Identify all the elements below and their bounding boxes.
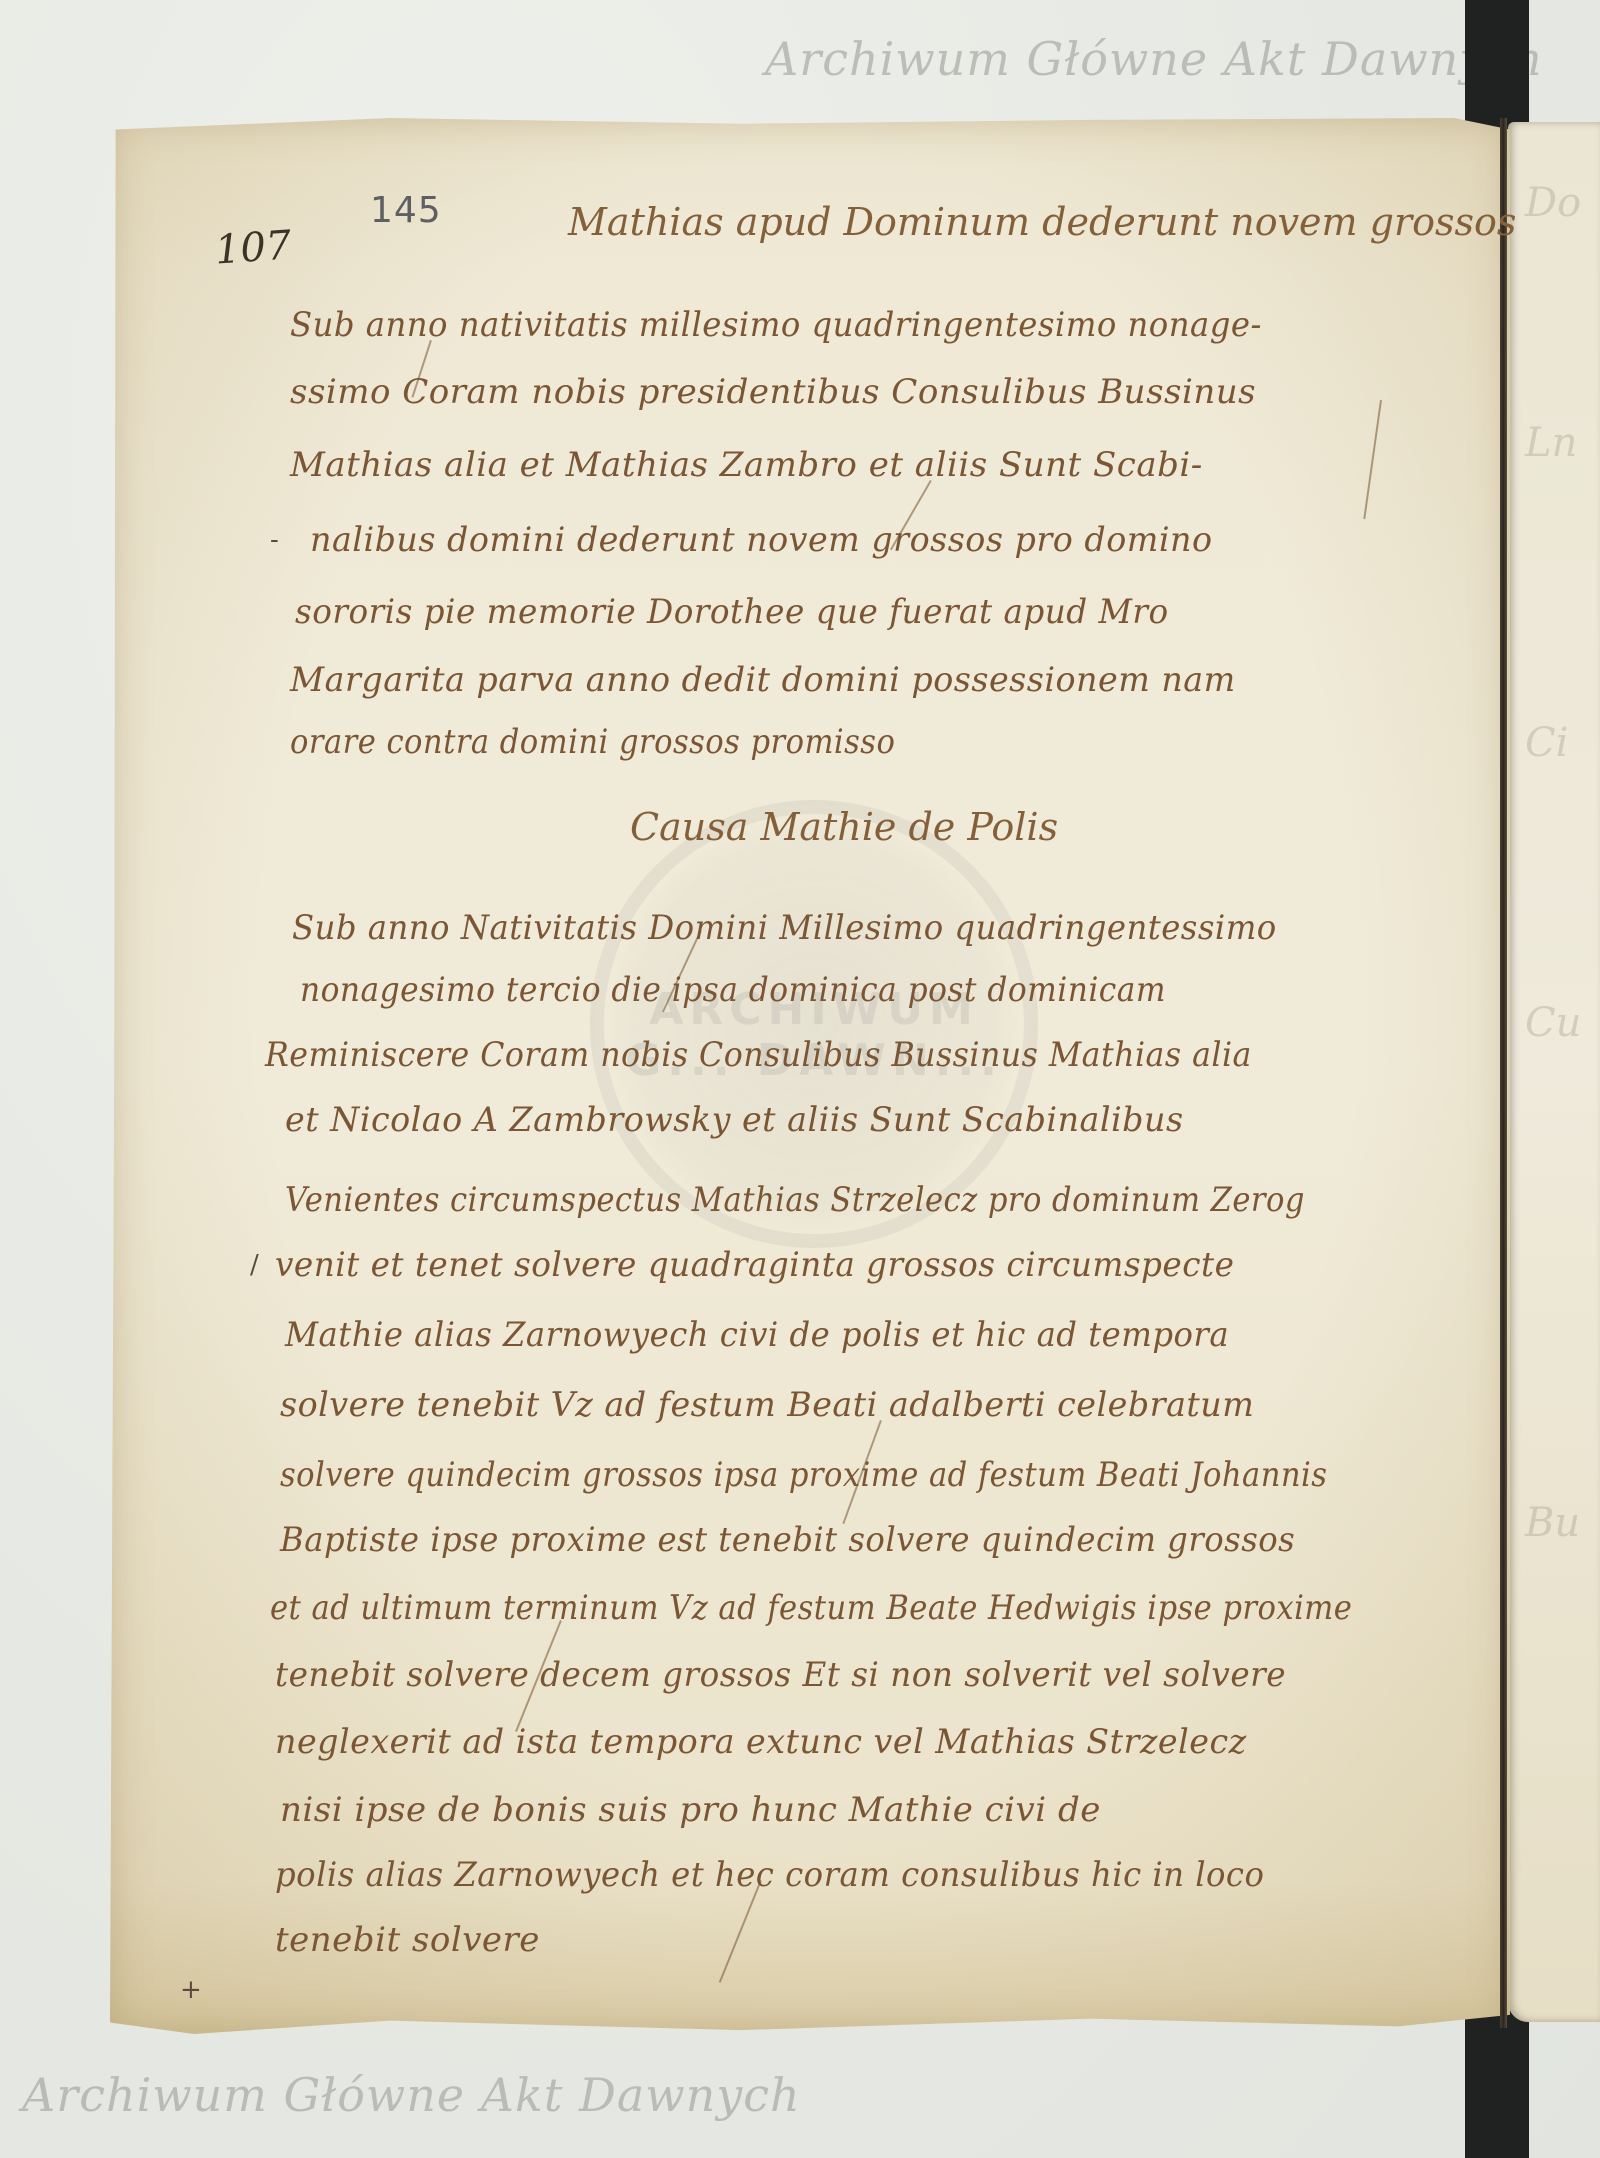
next-page-bleed: Bu xyxy=(1525,1500,1580,1546)
entry-line: Sub anno nativitatis millesimo quadringe… xyxy=(290,305,1262,345)
entry-line: Mathie alias Zarnowyech civi de polis et… xyxy=(285,1315,1229,1355)
entry-line: Venientes circumspectus Mathias Strzelec… xyxy=(285,1180,1305,1220)
margin-mark: - xyxy=(270,525,279,555)
entry-line: Sub anno Nativitatis Domini Millesimo qu… xyxy=(292,908,1277,948)
next-page-bleed: Cu xyxy=(1525,1000,1581,1046)
entry-line: Baptiste ipse proxime est tenebit solver… xyxy=(280,1520,1295,1560)
entry-heading: Mathias apud Dominum dederunt novem gros… xyxy=(568,200,1516,244)
entry-line: polis alias Zarnowyech et hec coram cons… xyxy=(275,1855,1264,1895)
entry-line: Reminiscere Coram nobis Consulibus Bussi… xyxy=(265,1035,1252,1075)
entry-line: tenebit solvere decem grossos Et si non … xyxy=(275,1655,1286,1695)
entry-line: neglexerit ad ista tempora extunc vel Ma… xyxy=(275,1722,1247,1762)
watermark-top: Archiwum Główne Akt Dawnych xyxy=(765,32,1544,86)
entry-line: nonagesimo tercio die ipsa dominica post… xyxy=(300,970,1166,1010)
folio-number-ink: 107 xyxy=(213,222,292,273)
entry-line: sororis pie memorie Dorothee que fuerat … xyxy=(295,592,1169,632)
margin-mark: + xyxy=(180,1975,202,2005)
entry-line: et ad ultimum terminum Vz ad festum Beat… xyxy=(270,1588,1352,1628)
entry-line: solvere tenebit Vz ad festum Beati adalb… xyxy=(280,1385,1254,1425)
entry-line: venit et tenet solvere quadraginta gross… xyxy=(275,1245,1234,1285)
entry-line: nisi ipse de bonis suis pro hunc Mathie … xyxy=(280,1790,1101,1830)
entry-line: solvere quindecim grossos ipsa proxime a… xyxy=(280,1455,1327,1495)
entry-line: ssimo Coram nobis presidentibus Consulib… xyxy=(290,372,1256,412)
entry-line: Mathias alia et Mathias Zambro et aliis … xyxy=(290,445,1203,485)
entry-line: et Nicolao A Zambrowsky et aliis Sunt Sc… xyxy=(285,1100,1184,1140)
watermark-bottom: Archiwum Główne Akt Dawnych xyxy=(22,2068,801,2122)
next-page-bleed: Ci xyxy=(1525,720,1568,766)
next-page-bleed: Ln xyxy=(1525,420,1577,466)
entry-line: nalibus domini dederunt novem grossos pr… xyxy=(310,520,1213,560)
margin-mark: / xyxy=(250,1250,259,1280)
entry-line: tenebit solvere xyxy=(275,1920,540,1960)
entry-heading: Causa Mathie de Polis xyxy=(630,805,1058,849)
gutter-line xyxy=(1500,118,1507,2028)
next-page-edge xyxy=(1508,122,1600,2022)
entry-line: Margarita parva anno dedit domini posses… xyxy=(290,660,1236,700)
next-page-bleed: Do xyxy=(1525,180,1581,226)
entry-line: orare contra domini grossos promisso xyxy=(290,722,895,762)
folio-number-pencil: 145 xyxy=(370,190,442,231)
